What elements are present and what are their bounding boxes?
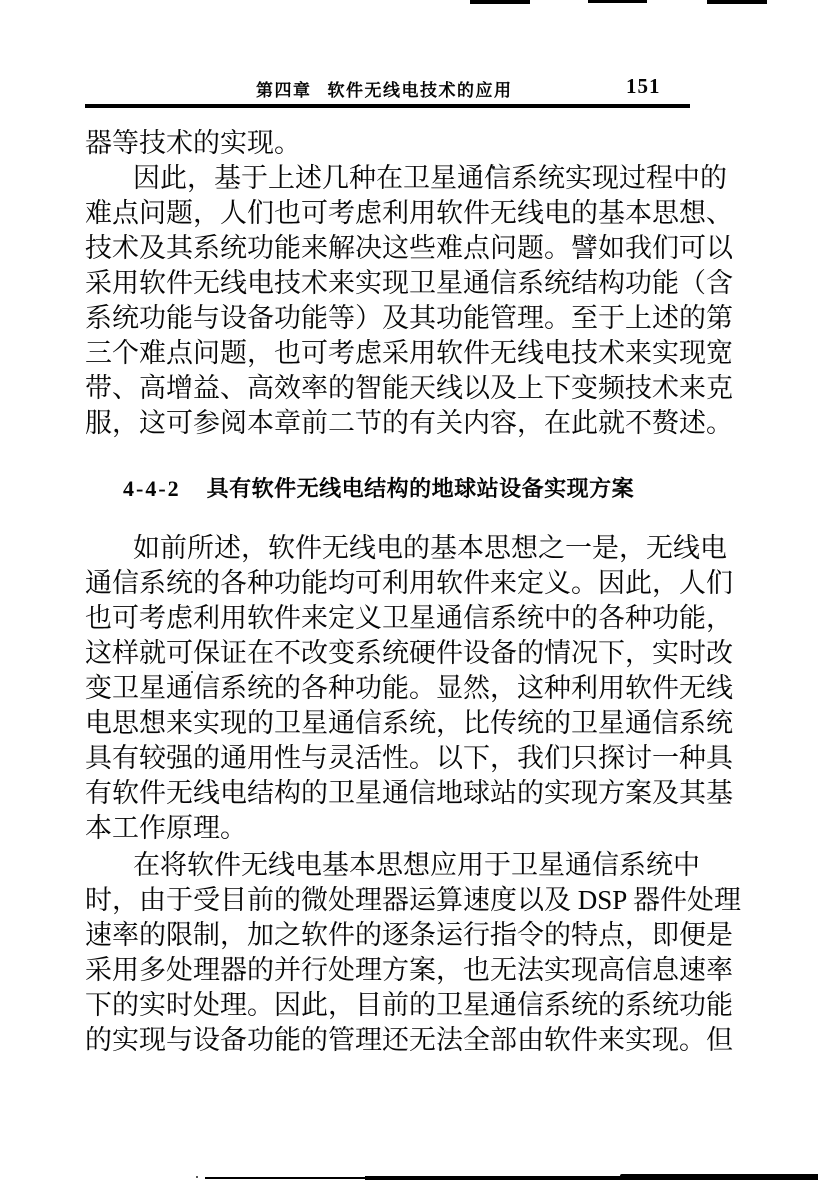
text-line: 这样就可保证在不改变系统硬件设备的情况下，实时改 — [85, 636, 755, 671]
paragraph: 在将软件无线电基本思想应用于卫星通信系统中时，由于受目前的微处理器运算速度以及 … — [85, 848, 755, 1058]
text-block-top: 器等技术的实现。 因此，基于上述几种在卫星通信系统实现过程中的难点问题，人们也可… — [85, 126, 755, 441]
section-title: 具有软件无线电结构的地球站设备实现方案 — [207, 476, 635, 501]
text-line: 速率的限制，加之软件的逐条运行指令的特点，即便是 — [85, 918, 755, 953]
text-line: 有软件无线电结构的卫星通信地球站的实现方案及其基 — [85, 776, 755, 811]
scan-artifact-dash — [707, 0, 767, 4]
section-number: 4-4-2 — [123, 476, 181, 501]
chapter-label: 第四章 — [256, 81, 312, 100]
text-line: 技术及其系统功能来解决这些难点问题。譬如我们可以 — [85, 231, 755, 266]
scan-artifact-dash — [470, 0, 530, 4]
running-header: 第四章软件无线电技术的应用 — [256, 76, 513, 101]
book-page: 第四章软件无线电技术的应用 151 器等技术的实现。 因此，基于上述几种在卫星通… — [0, 0, 818, 1200]
page-number: 151 — [626, 74, 661, 99]
text-line: 电思想来实现的卫星通信系统，比传统的卫星通信系统 — [85, 706, 755, 741]
text-block-middle: 如前所述，软件无线电的基本思想之一是，无线电通信系统的各种功能均可利用软件来定义… — [85, 531, 755, 846]
section-heading: 4-4-2具有软件无线电结构的地球站设备实现方案 — [123, 472, 634, 503]
header-rule — [85, 104, 690, 108]
scan-speck — [714, 1000, 717, 1002]
text-block-bottom: 在将软件无线电基本思想应用于卫星通信系统中时，由于受目前的微处理器运算速度以及 … — [85, 848, 755, 1058]
text-line: 的实现与设备功能的管理还无法全部由软件来实现。但 — [85, 1023, 755, 1058]
chapter-title: 软件无线电技术的应用 — [328, 81, 513, 100]
scan-artifact-bottom-line — [620, 1174, 818, 1180]
scan-speck — [196, 1176, 198, 1178]
text-line: 采用多处理器的并行处理方案，也无法实现高信息速率 — [85, 953, 755, 988]
text-line: 下的实时处理。因此，目前的卫星通信系统的系统功能 — [85, 988, 755, 1023]
text-line: 如前所述，软件无线电的基本思想之一是，无线电 — [85, 531, 755, 566]
text-line: 变卫星通信系统的各种功能。显然，这种利用软件无线 — [85, 671, 755, 706]
text-line: 也可考虑利用软件来定义卫星通信系统中的各种功能， — [85, 601, 755, 636]
text-line: 本工作原理。 — [85, 811, 755, 846]
paragraph: 因此，基于上述几种在卫星通信系统实现过程中的难点问题，人们也可考虑利用软件无线电… — [85, 161, 755, 441]
text-line: 时，由于受目前的微处理器运算速度以及 DSP 器件处理 — [85, 883, 755, 918]
text-line: 系统功能与设备功能等）及其功能管理。至于上述的第 — [85, 301, 755, 336]
text-line: 采用软件无线电技术来实现卫星通信系统结构功能（含 — [85, 266, 755, 301]
text-line: 服，这可参阅本章前二节的有关内容，在此就不赘述。 — [85, 406, 755, 441]
text-line: 三个难点问题，也可考虑采用软件无线电技术来实现宽 — [85, 336, 755, 371]
paragraph: 器等技术的实现。 — [85, 126, 755, 161]
text-line: 难点问题，人们也可考虑利用软件无线电的基本思想、 — [85, 196, 755, 231]
scan-artifact-dash — [588, 0, 647, 3]
text-line: 在将软件无线电基本思想应用于卫星通信系统中 — [85, 848, 755, 883]
text-line: 带、高增益、高效率的智能天线以及上下变频技术来克 — [85, 371, 755, 406]
scan-speck — [191, 671, 193, 673]
text-line: 因此，基于上述几种在卫星通信系统实现过程中的 — [85, 161, 755, 196]
scan-speck — [492, 166, 495, 169]
text-line: 器等技术的实现。 — [85, 126, 755, 161]
text-line: 具有较强的通用性与灵活性。以下，我们只探讨一种具 — [85, 741, 755, 776]
text-line: 通信系统的各种功能均可利用软件来定义。因此，人们 — [85, 566, 755, 601]
paragraph: 如前所述，软件无线电的基本思想之一是，无线电通信系统的各种功能均可利用软件来定义… — [85, 531, 755, 846]
